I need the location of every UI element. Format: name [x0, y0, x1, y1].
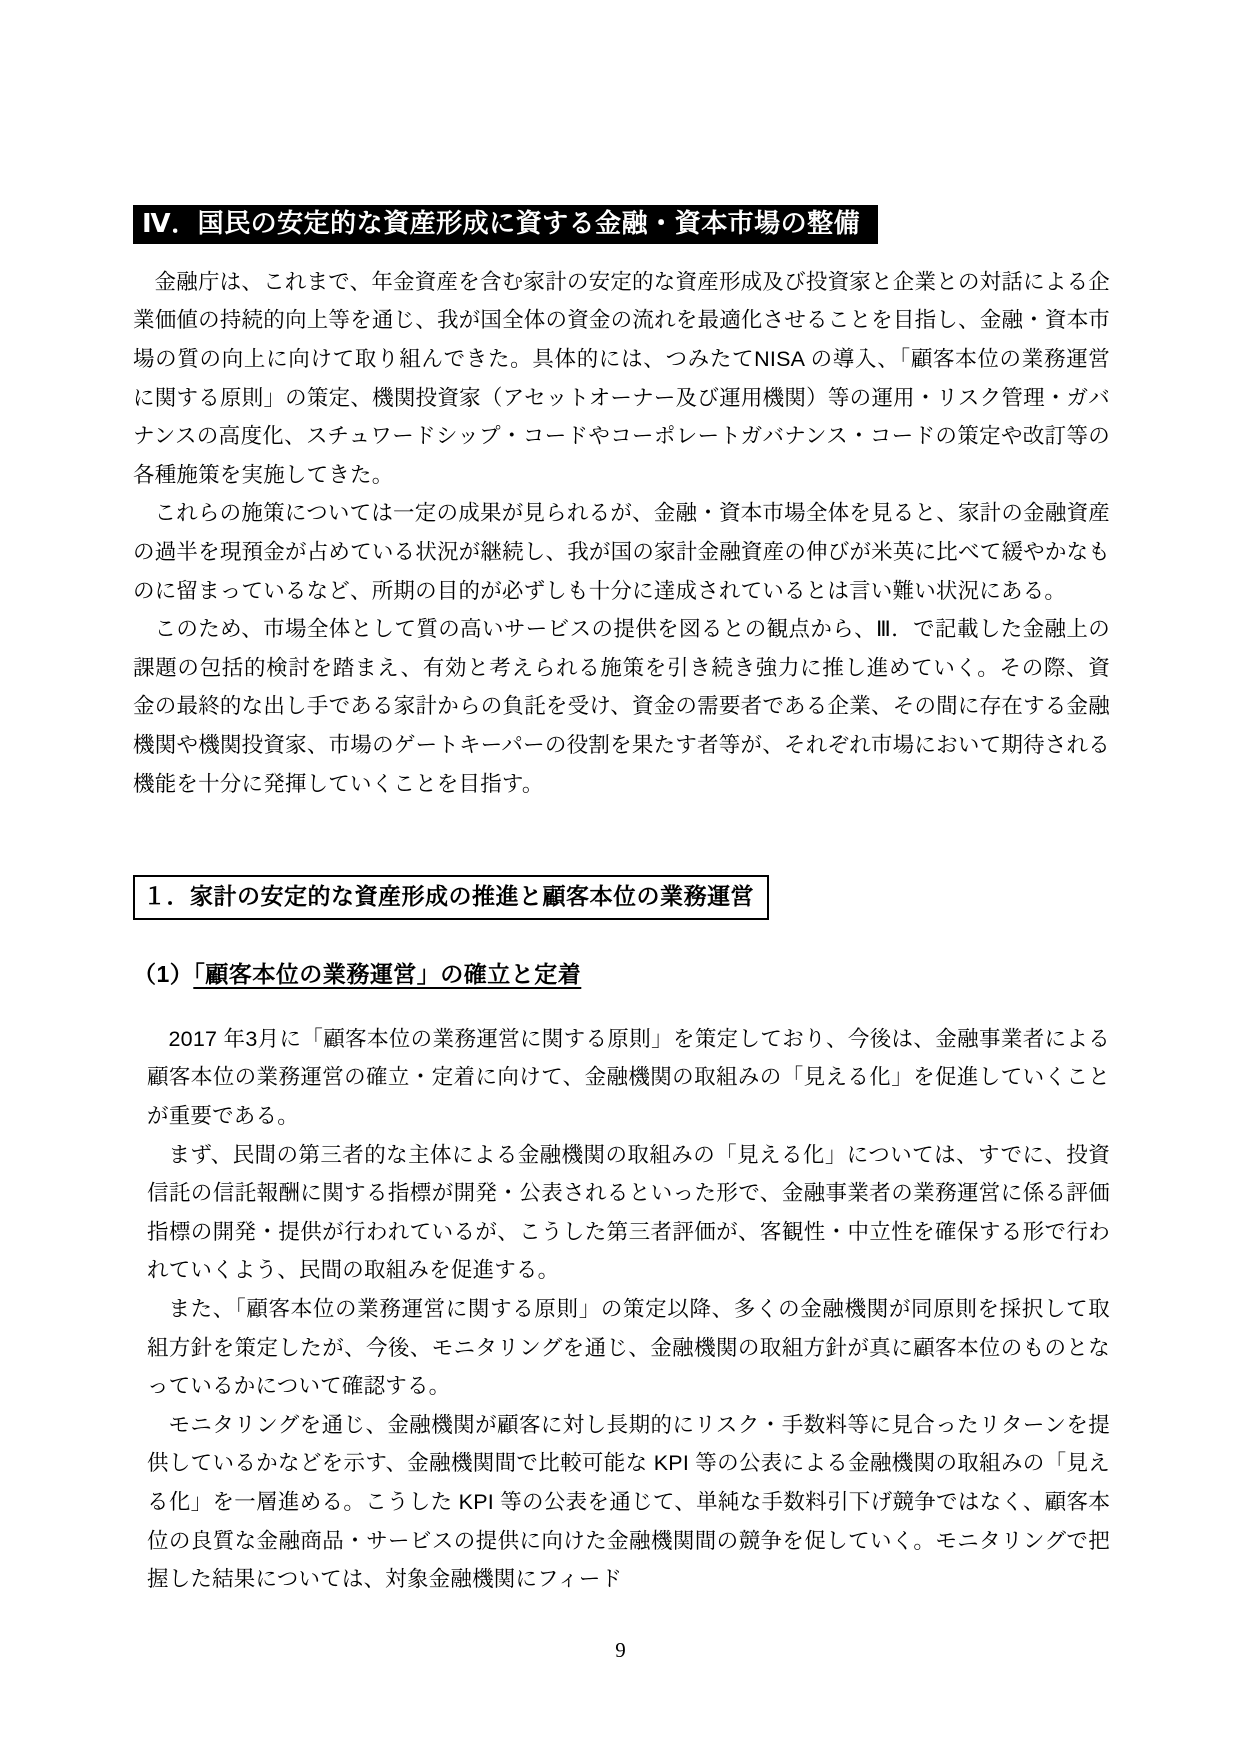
section1-paragraph-3: また、「顧客本位の業務運営に関する原則」の策定以降、多くの金融機関が同原則を採択… — [147, 1290, 1110, 1406]
document-body: Ⅳ．国民の安定的な資産形成に資する金融・資本市場の整備 金融庁は、これまで、年金… — [133, 205, 1110, 1599]
intro-paragraph-3: このため、市場全体として質の高いサービスの提供を図るとの観点から、Ⅲ．で記載した… — [133, 610, 1110, 803]
section1-paragraph-4: モニタリングを通じ、金融機関が顧客に対し長期的にリスク・手数料等に見合ったリター… — [147, 1406, 1110, 1599]
section1-paragraph-2: まず、民間の第三者的な主体による金融機関の取組みの「見える化」については、すでに… — [147, 1136, 1110, 1290]
intro-paragraph-1: 金融庁は、これまで、年金資産を含む家計の安定的な資産形成及び投資家と企業との対話… — [133, 263, 1110, 495]
page-number: 9 — [0, 1638, 1241, 1663]
section1-paragraph-1: 2017 年3月に「顧客本位の業務運営に関する原則」を策定しており、今後は、金融… — [147, 1020, 1110, 1136]
document-page: Ⅳ．国民の安定的な資産形成に資する金融・資本市場の整備 金融庁は、これまで、年金… — [0, 0, 1241, 1754]
subsection-1-number: （1） — [133, 961, 193, 987]
section1-paragraphs: 2017 年3月に「顧客本位の業務運営に関する原則」を策定しており、今後は、金融… — [147, 1020, 1110, 1599]
intro-paragraphs: 金融庁は、これまで、年金資産を含む家計の安定的な資産形成及び投資家と企業との対話… — [133, 263, 1110, 803]
intro-paragraph-2: これらの施策については一定の成果が見られるが、金融・資本市場全体を見ると、家計の… — [133, 494, 1110, 610]
subsection-1-heading: （1）「顧客本位の業務運営」の確立と定着 — [133, 956, 1110, 989]
subsection-1-title: 「顧客本位の業務運営」の確立と定着 — [193, 961, 581, 987]
section-header-bar: Ⅳ．国民の安定的な資産形成に資する金融・資本市場の整備 — [133, 205, 878, 244]
section1-boxed-heading: １．家計の安定的な資産形成の推進と顧客本位の業務運営 — [133, 875, 769, 920]
